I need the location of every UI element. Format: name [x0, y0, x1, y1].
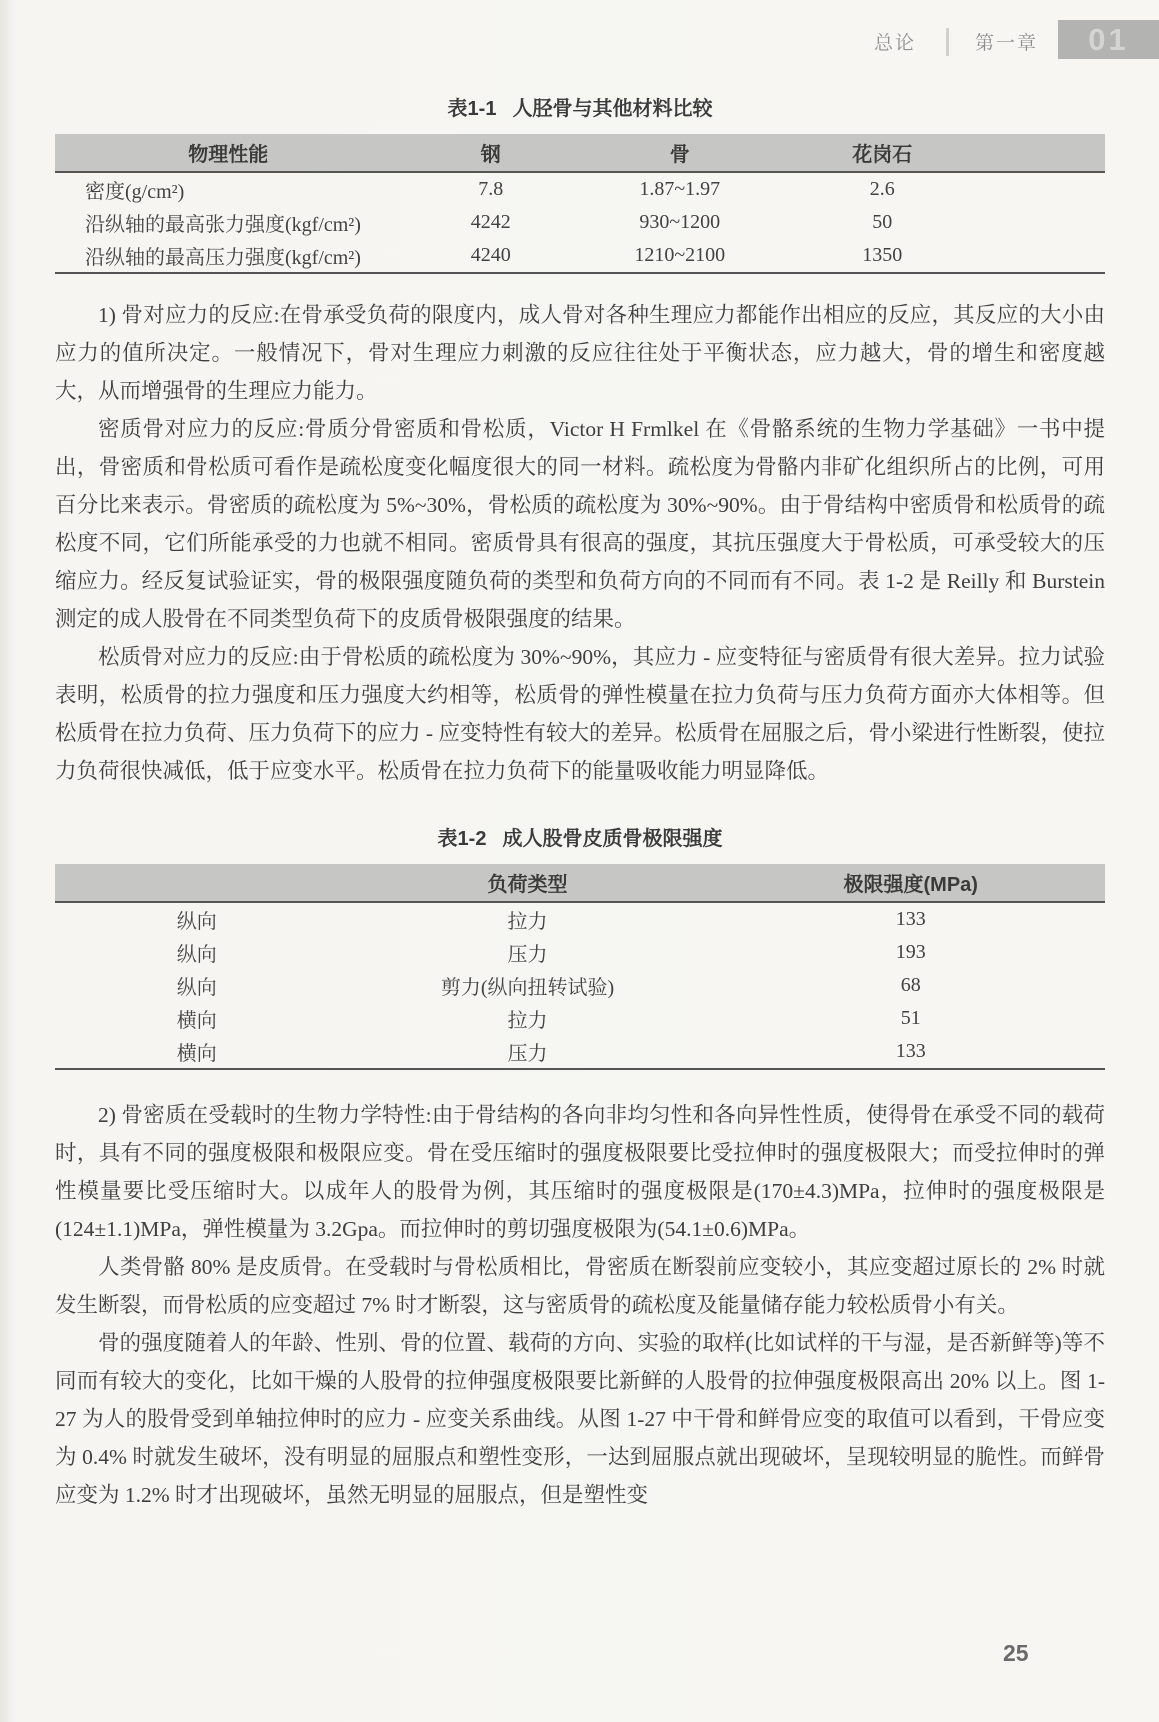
page-number: 25	[1003, 1640, 1029, 1667]
table-cell: 133	[717, 1035, 1106, 1069]
table-cell: 930~1200	[580, 206, 780, 239]
table-cell: 4242	[402, 206, 581, 239]
table-cell: 拉力	[339, 902, 717, 936]
table-cell: 193	[717, 936, 1106, 969]
table-1-1-caption: 表1-1人胫骨与其他材料比较	[55, 92, 1105, 121]
table-1-2-label: 表1-2	[438, 828, 487, 850]
table-cell: 拉力	[339, 1002, 717, 1035]
table-row: 沿纵轴的最高压力强度(kgf/cm²) 4240 1210~2100 1350	[55, 239, 1105, 273]
column-header: 物理性能	[55, 134, 402, 172]
table-1-1-title: 人胫骨与其他材料比较	[512, 98, 712, 120]
column-header: 骨	[580, 134, 780, 172]
section-title: 总论	[874, 28, 916, 55]
table-cell: 50	[780, 206, 1106, 239]
table-1-2-caption: 表1-2成人股骨皮质骨极限强度	[55, 822, 1105, 851]
table-cell: 1.87~1.97	[580, 172, 780, 206]
column-header: 负荷类型	[339, 864, 717, 902]
table-row: 纵向 拉力 133	[55, 902, 1105, 936]
table-row: 沿纵轴的最高张力强度(kgf/cm²) 4242 930~1200 50	[55, 206, 1105, 239]
chapter-number-badge: 01	[1058, 20, 1159, 59]
body-text-section-2: 2) 骨密质在受载时的生物力学特性:由于骨结构的各向非均匀性和各向异性性质，使得…	[55, 1096, 1105, 1514]
chapter-title: 第一章	[975, 28, 1038, 55]
table-cell: 133	[717, 902, 1106, 936]
column-header	[55, 864, 339, 902]
body-paragraph: 松质骨对应力的反应:由于骨松质的疏松度为 30%~90%，其应力 - 应变特征与…	[55, 638, 1105, 790]
table-1-2-block: 表1-2成人股骨皮质骨极限强度 负荷类型 极限强度(MPa) 纵向 拉力 133	[55, 822, 1105, 1070]
table-cell: 纵向	[55, 969, 339, 1002]
table-cell: 纵向	[55, 936, 339, 969]
table-cell: 密度(g/cm²)	[55, 172, 402, 206]
table-cell: 压力	[339, 1035, 717, 1069]
table-cell: 51	[717, 1002, 1106, 1035]
page-content: 表1-1人胫骨与其他材料比较 物理性能 钢 骨 花岗石 密度(g/cm²) 7.…	[55, 82, 1105, 1514]
body-paragraph: 密质骨对应力的反应:骨质分骨密质和骨松质，Victor H Frmlkel 在《…	[55, 410, 1105, 638]
table-cell: 沿纵轴的最高张力强度(kgf/cm²)	[55, 206, 402, 239]
page-running-head: 总论 第一章 01	[874, 24, 1159, 59]
table-row: 横向 压力 133	[55, 1035, 1105, 1069]
body-paragraph: 骨的强度随着人的年龄、性别、骨的位置、载荷的方向、实验的取样(比如试样的干与湿，…	[55, 1324, 1105, 1514]
table-header-row: 负荷类型 极限强度(MPa)	[55, 864, 1105, 902]
column-header: 极限强度(MPa)	[717, 864, 1106, 902]
table-cell: 剪力(纵向扭转试验)	[339, 969, 717, 1002]
table-1-2-title: 成人股骨皮质骨极限强度	[502, 828, 722, 850]
table-1-1: 物理性能 钢 骨 花岗石 密度(g/cm²) 7.8 1.87~1.97 2.6…	[55, 134, 1105, 274]
header-divider	[946, 28, 949, 56]
body-paragraph: 1) 骨对应力的反应:在骨承受负荷的限度内，成人骨对各种生理应力都能作出相应的反…	[55, 296, 1105, 410]
column-header: 钢	[402, 134, 581, 172]
table-header-row: 物理性能 钢 骨 花岗石	[55, 134, 1105, 172]
table-cell: 68	[717, 969, 1106, 1002]
table-row: 纵向 剪力(纵向扭转试验) 68	[55, 969, 1105, 1002]
table-cell: 1210~2100	[580, 239, 780, 273]
table-row: 横向 拉力 51	[55, 1002, 1105, 1035]
table-cell: 横向	[55, 1002, 339, 1035]
body-paragraph: 2) 骨密质在受载时的生物力学特性:由于骨结构的各向非均匀性和各向异性性质，使得…	[55, 1096, 1105, 1248]
table-cell: 7.8	[402, 172, 581, 206]
table-cell: 4240	[402, 239, 581, 273]
table-cell: 压力	[339, 936, 717, 969]
table-cell: 沿纵轴的最高压力强度(kgf/cm²)	[55, 239, 402, 273]
book-page: 总论 第一章 01 表1-1人胫骨与其他材料比较 物理性能 钢 骨 花岗石	[0, 0, 1159, 1722]
table-cell: 1350	[780, 239, 1106, 273]
table-row: 密度(g/cm²) 7.8 1.87~1.97 2.6	[55, 172, 1105, 206]
column-header: 花岗石	[780, 134, 1106, 172]
table-cell: 2.6	[780, 172, 1106, 206]
table-cell: 纵向	[55, 902, 339, 936]
table-row: 纵向 压力 193	[55, 936, 1105, 969]
table-cell: 横向	[55, 1035, 339, 1069]
table-1-2: 负荷类型 极限强度(MPa) 纵向 拉力 133 纵向 压力 193	[55, 864, 1105, 1070]
table-1-1-label: 表1-1	[448, 98, 497, 120]
table-1-1-block: 表1-1人胫骨与其他材料比较 物理性能 钢 骨 花岗石 密度(g/cm²) 7.…	[55, 92, 1105, 274]
body-text-section-1: 1) 骨对应力的反应:在骨承受负荷的限度内，成人骨对各种生理应力都能作出相应的反…	[55, 296, 1105, 790]
body-paragraph: 人类骨骼 80% 是皮质骨。在受载时与骨松质相比，骨密质在断裂前应变较小，其应变…	[55, 1248, 1105, 1324]
